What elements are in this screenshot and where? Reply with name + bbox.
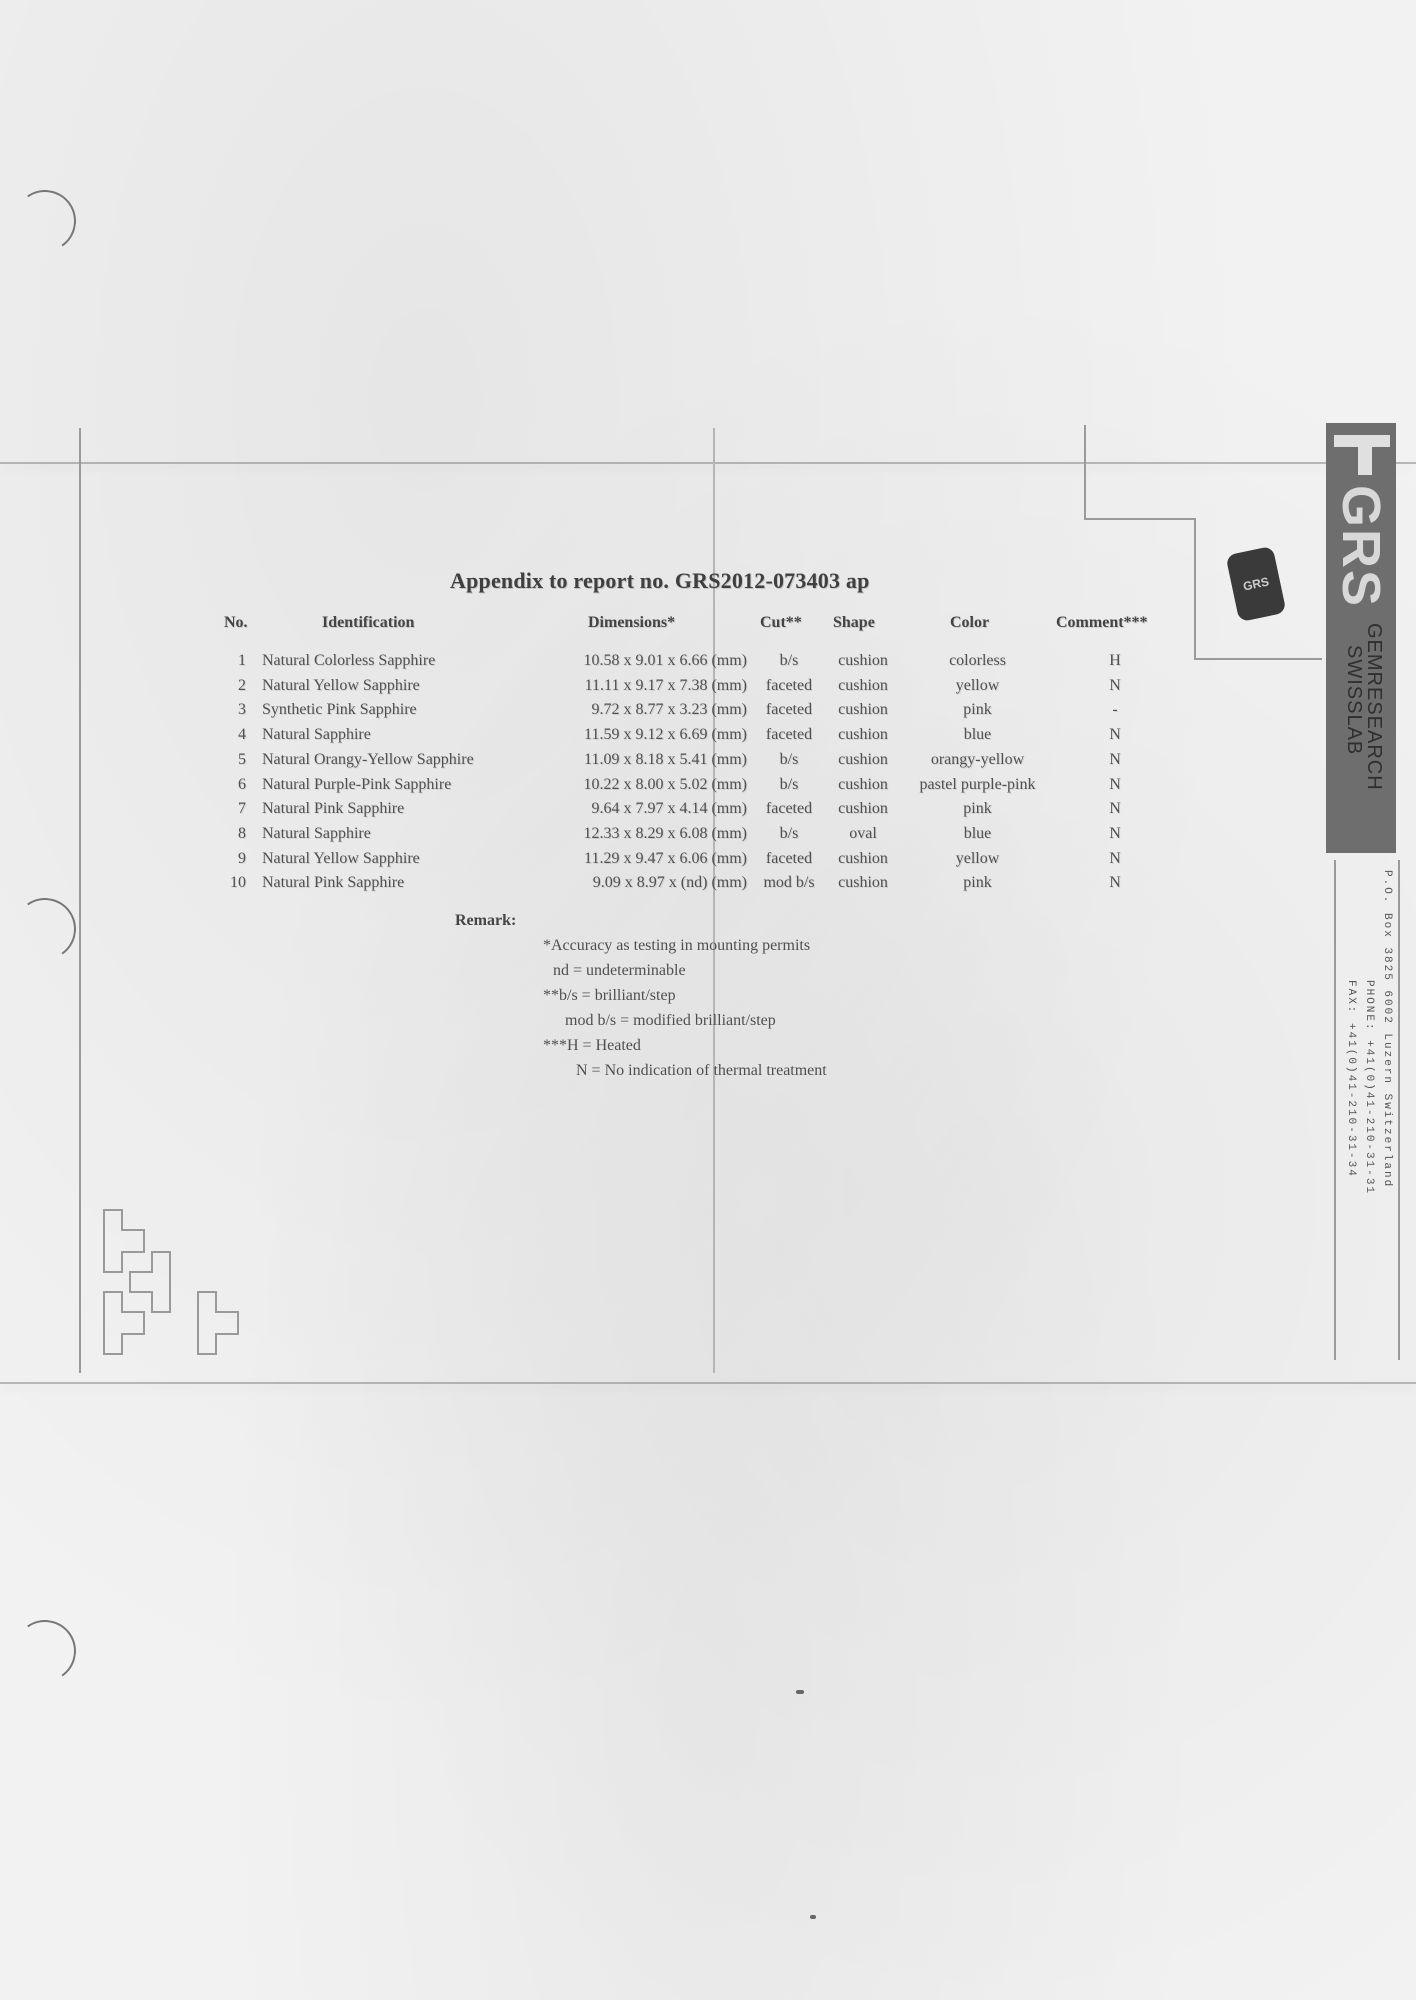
row-comment: N xyxy=(1085,677,1145,695)
row-shape: oval xyxy=(826,825,900,843)
remark-line: **b/s = brilliant/step xyxy=(543,987,676,1005)
row-comment: - xyxy=(1085,701,1145,719)
row-color: blue xyxy=(900,726,1055,744)
row-comment: N xyxy=(1085,874,1145,892)
row-no: 5 xyxy=(226,751,246,769)
frame-line-left xyxy=(79,428,81,1373)
row-color: yellow xyxy=(900,677,1055,695)
row-identification: Natural Orangy-Yellow Sapphire xyxy=(262,751,474,769)
row-no: 3 xyxy=(226,701,246,719)
row-comment: N xyxy=(1085,825,1145,843)
header-shape: Shape xyxy=(833,614,875,632)
row-no: 2 xyxy=(226,677,246,695)
remark-line: *Accuracy as testing in mounting permits xyxy=(543,937,810,955)
address-fax: FAX: +41(0)41-210-31-34 xyxy=(1342,870,1360,1370)
remark-line: mod b/s = modified brilliant/step xyxy=(565,1012,776,1030)
row-identification: Natural Pink Sapphire xyxy=(262,874,404,892)
table-row: 6Natural Purple-Pink Sapphire10.22 x 8.0… xyxy=(0,776,1200,801)
row-color: pink xyxy=(900,701,1055,719)
header-color: Color xyxy=(950,614,989,632)
address-line-1: P.O. Box 3825 6002 Luzern Switzerland xyxy=(1378,870,1396,1370)
lab-address: P.O. Box 3825 6002 Luzern Switzerland PH… xyxy=(1332,870,1396,1370)
frame-line-step-3 xyxy=(1194,658,1322,660)
logo-subtitle: GEMRESEARCH SWISSLAB xyxy=(1344,623,1384,791)
letterhead-sidebar: GRS GEMRESEARCH SWISSLAB xyxy=(1326,423,1396,853)
row-cut: faceted xyxy=(754,701,824,719)
grs-watermark-icon xyxy=(96,1200,266,1370)
row-no: 7 xyxy=(226,800,246,818)
frame-line-right-top xyxy=(1084,425,1086,518)
scan-speck xyxy=(810,1915,816,1919)
header-identification: Identification xyxy=(322,614,414,632)
row-shape: cushion xyxy=(826,726,900,744)
row-identification: Natural Yellow Sapphire xyxy=(262,677,420,695)
remark-line: N = No indication of thermal treatment xyxy=(576,1062,827,1080)
row-identification: Synthetic Pink Sapphire xyxy=(262,701,417,719)
page-title: Appendix to report no. GRS2012-073403 ap xyxy=(450,568,870,594)
row-shape: cushion xyxy=(826,874,900,892)
table-row: 1Natural Colorless Sapphire10.58 x 9.01 … xyxy=(0,652,1200,677)
row-dimensions: 11.59 x 9.12 x 6.69 (mm) xyxy=(520,726,747,744)
remark-line: nd = undeterminable xyxy=(553,962,686,980)
row-dimensions: 10.58 x 9.01 x 6.66 (mm) xyxy=(520,652,747,670)
address-phone: PHONE: +41(0)41-210-31-31 xyxy=(1360,870,1378,1370)
row-comment: N xyxy=(1085,776,1145,794)
fold-line-bottom xyxy=(0,1382,1416,1384)
row-no: 9 xyxy=(226,850,246,868)
header-comment: Comment*** xyxy=(1056,614,1148,632)
row-identification: Natural Pink Sapphire xyxy=(262,800,404,818)
row-no: 8 xyxy=(226,825,246,843)
row-no: 1 xyxy=(226,652,246,670)
row-cut: faceted xyxy=(754,677,824,695)
row-cut: b/s xyxy=(754,751,824,769)
row-dimensions: 11.09 x 8.18 x 5.41 (mm) xyxy=(520,751,747,769)
row-shape: cushion xyxy=(826,850,900,868)
row-comment: H xyxy=(1085,652,1145,670)
table-row: 4Natural Sapphire11.59 x 9.12 x 6.69 (mm… xyxy=(0,726,1200,751)
row-shape: cushion xyxy=(826,776,900,794)
row-cut: faceted xyxy=(754,800,824,818)
row-cut: b/s xyxy=(754,776,824,794)
row-no: 4 xyxy=(226,726,246,744)
remark-line: ***H = Heated xyxy=(543,1037,641,1055)
table-row: 9Natural Yellow Sapphire11.29 x 9.47 x 6… xyxy=(0,850,1200,875)
row-cut: mod b/s xyxy=(754,874,824,892)
row-shape: cushion xyxy=(826,677,900,695)
row-cut: b/s xyxy=(754,825,824,843)
frame-line-step-1 xyxy=(1084,518,1194,520)
logo-subtitle-line2: SWISSLAB xyxy=(1344,623,1364,791)
logo-text: GRS xyxy=(1330,485,1392,608)
row-cut: b/s xyxy=(754,652,824,670)
row-identification: Natural Purple-Pink Sapphire xyxy=(262,776,451,794)
header-no: No. xyxy=(224,614,248,632)
grs-logo: GRS GEMRESEARCH SWISSLAB xyxy=(1326,423,1396,853)
row-comment: N xyxy=(1085,726,1145,744)
row-identification: Natural Yellow Sapphire xyxy=(262,850,420,868)
logo-subtitle-line1: GEMRESEARCH xyxy=(1364,623,1384,791)
row-identification: Natural Sapphire xyxy=(262,825,371,843)
scanned-paper xyxy=(0,0,1416,2000)
row-color: pastel purple-pink xyxy=(900,776,1055,794)
row-cut: faceted xyxy=(754,726,824,744)
row-shape: cushion xyxy=(826,800,900,818)
table-row: 7Natural Pink Sapphire9.64 x 7.97 x 4.14… xyxy=(0,800,1200,825)
table-row: 8Natural Sapphire12.33 x 8.29 x 6.08 (mm… xyxy=(0,825,1200,850)
remark-label: Remark: xyxy=(455,912,516,930)
row-color: yellow xyxy=(900,850,1055,868)
row-dimensions: 9.72 x 8.77 x 3.23 (mm) xyxy=(520,701,747,719)
row-dimensions: 9.09 x 8.97 x (nd) (mm) xyxy=(520,874,747,892)
row-dimensions: 9.64 x 7.97 x 4.14 (mm) xyxy=(520,800,747,818)
row-dimensions: 12.33 x 8.29 x 6.08 (mm) xyxy=(520,825,747,843)
table-row: 5Natural Orangy-Yellow Sapphire11.09 x 8… xyxy=(0,751,1200,776)
row-color: orangy-yellow xyxy=(900,751,1055,769)
row-color: pink xyxy=(900,800,1055,818)
header-dimensions: Dimensions* xyxy=(588,614,675,632)
row-identification: Natural Colorless Sapphire xyxy=(262,652,435,670)
table-row: 10Natural Pink Sapphire9.09 x 8.97 x (nd… xyxy=(0,874,1200,899)
row-no: 10 xyxy=(226,874,246,892)
fold-line-top xyxy=(0,462,1416,464)
sidebar-rule-right xyxy=(1398,860,1400,1360)
header-cut: Cut** xyxy=(760,614,802,632)
row-dimensions: 11.29 x 9.47 x 6.06 (mm) xyxy=(520,850,747,868)
row-comment: N xyxy=(1085,800,1145,818)
row-color: colorless xyxy=(900,652,1055,670)
row-identification: Natural Sapphire xyxy=(262,726,371,744)
row-no: 6 xyxy=(226,776,246,794)
row-comment: N xyxy=(1085,751,1145,769)
frame-line-step-2 xyxy=(1194,518,1196,660)
row-comment: N xyxy=(1085,850,1145,868)
row-dimensions: 10.22 x 8.00 x 5.02 (mm) xyxy=(520,776,747,794)
row-cut: faceted xyxy=(754,850,824,868)
row-shape: cushion xyxy=(826,652,900,670)
row-shape: cushion xyxy=(826,751,900,769)
grs-cross-icon xyxy=(1334,435,1390,475)
table-row: 3Synthetic Pink Sapphire9.72 x 8.77 x 3.… xyxy=(0,701,1200,726)
seal-text: GRS xyxy=(1242,574,1270,593)
scan-speck xyxy=(796,1690,804,1694)
row-dimensions: 11.11 x 9.17 x 7.38 (mm) xyxy=(520,677,747,695)
row-color: pink xyxy=(900,874,1055,892)
row-shape: cushion xyxy=(826,701,900,719)
table-row: 2Natural Yellow Sapphire11.11 x 9.17 x 7… xyxy=(0,677,1200,702)
row-color: blue xyxy=(900,825,1055,843)
